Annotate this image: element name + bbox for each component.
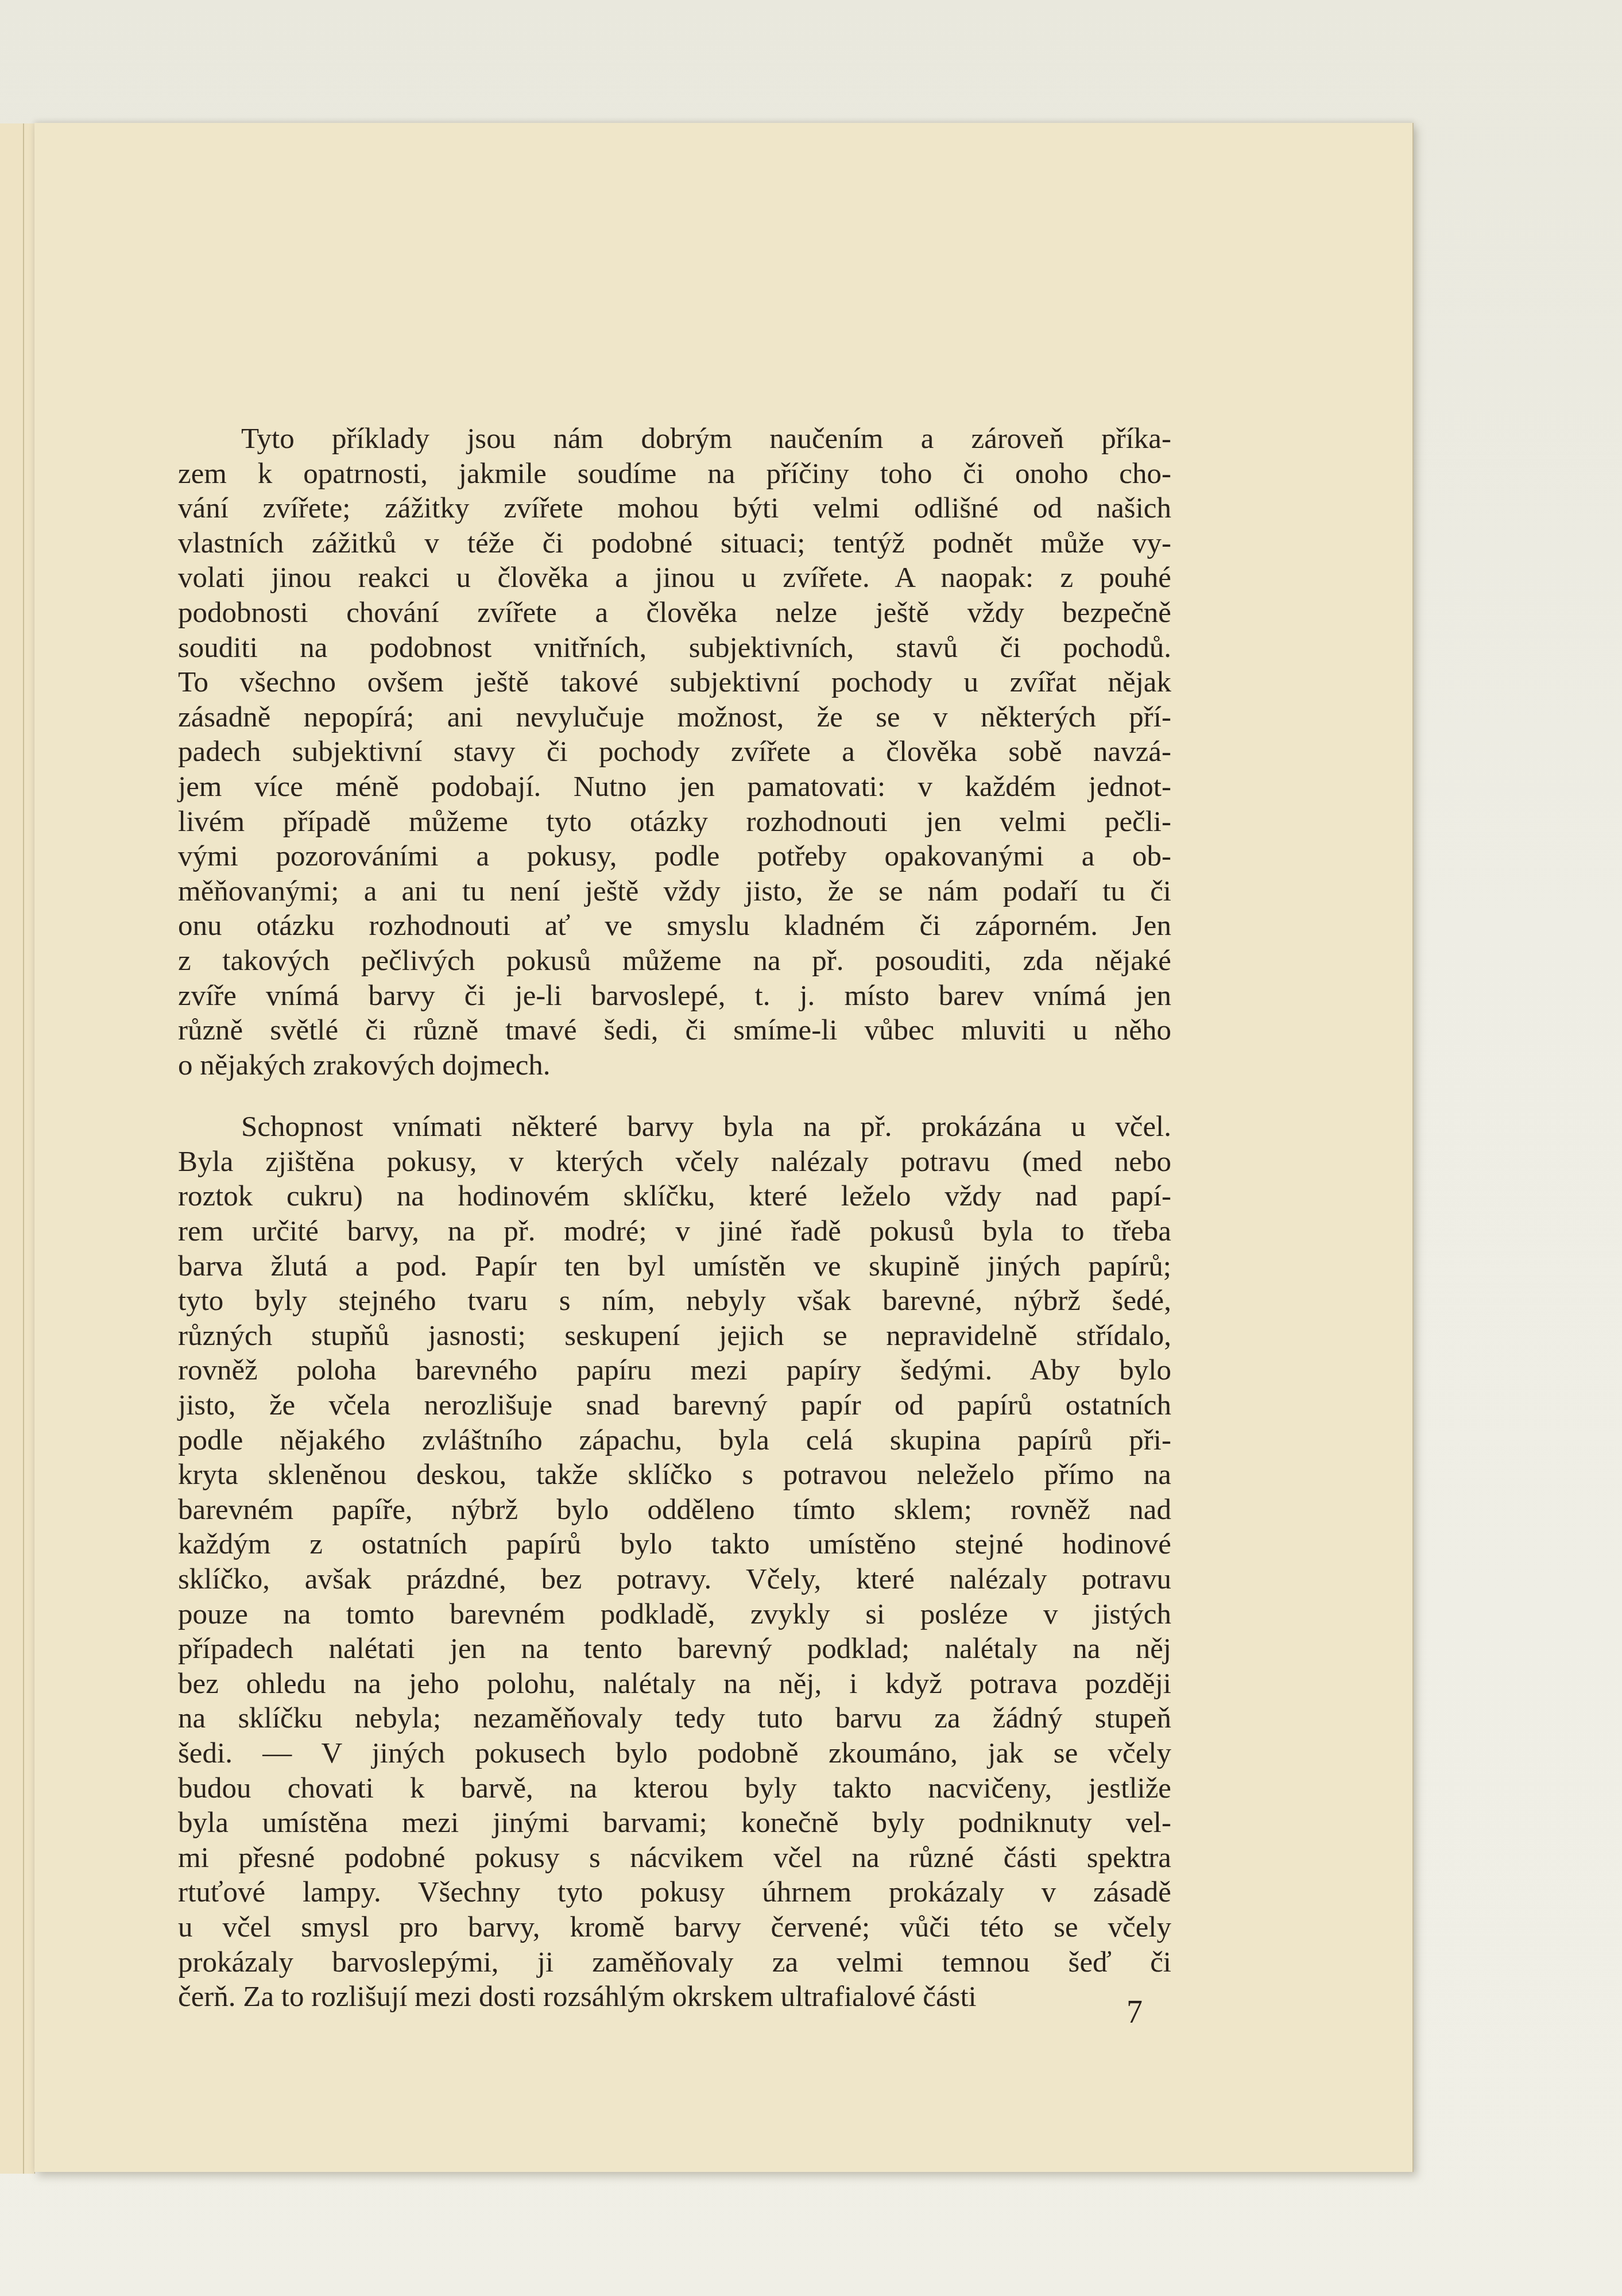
text-line: roztok cukru) na hodinovém sklíčku, kter…: [178, 1179, 1171, 1214]
text-line: jisto, že včela nerozlišuje snad barevný…: [178, 1388, 1171, 1423]
text-line: pouze na tomto barevném podkladě, zvykly…: [178, 1597, 1171, 1632]
paragraph-1: Tyto příklady jsou nám dobrým naučením a…: [178, 422, 1171, 1083]
previous-page-edge: [0, 123, 35, 2174]
text-line: z takových pečlivých pokusů můžeme na př…: [178, 944, 1171, 979]
text-line: rovněž poloha barevného papíru mezi papí…: [178, 1353, 1171, 1388]
page-number: 7: [1127, 1994, 1143, 2031]
text-line: Tyto příklady jsou nám dobrým naučením a…: [178, 422, 1171, 457]
text-line: byla umístěna mezi jinými barvami; koneč…: [178, 1806, 1171, 1841]
text-line: šedi. — V jiných pokusech bylo podobně z…: [178, 1736, 1171, 1771]
body-text: Tyto příklady jsou nám dobrým naučením a…: [178, 422, 1171, 2015]
text-line: na sklíčku nebyla; nezaměňovaly tedy tut…: [178, 1701, 1171, 1736]
text-line: mi přesné podobné pokusy s nácvikem včel…: [178, 1841, 1171, 1876]
text-line: Byla zjištěna pokusy, v kterých včely na…: [178, 1145, 1171, 1180]
paragraph-2: Schopnost vnímati některé barvy byla na …: [178, 1110, 1171, 2014]
text-line: podle nějakého zvláštního zápachu, byla …: [178, 1423, 1171, 1458]
text-line: souditi na podobnost vnitřních, subjekti…: [178, 631, 1171, 666]
text-line: Schopnost vnímati některé barvy byla na …: [178, 1110, 1171, 1145]
text-line: měňovanými; a ani tu není ještě vždy jis…: [178, 874, 1171, 909]
text-line: případech nalétati jen na tento barevný …: [178, 1632, 1171, 1667]
text-line: jem více méně podobají. Nutno jen pamato…: [178, 770, 1171, 805]
text-line: rtuťové lampy. Všechny tyto pokusy úhrne…: [178, 1875, 1171, 1910]
book-page: Tyto příklady jsou nám dobrým naučením a…: [34, 123, 1414, 2172]
text-line: barevném papíře, nýbrž bylo odděleno tím…: [178, 1493, 1171, 1528]
text-line: rem určité barvy, na př. modré; v jiné ř…: [178, 1214, 1171, 1249]
text-line: u včel smysl pro barvy, kromě barvy červ…: [178, 1910, 1171, 1945]
text-line: padech subjektivní stavy či pochody zvíř…: [178, 735, 1171, 770]
text-line: budou chovati k barvě, na kterou byly ta…: [178, 1771, 1171, 1806]
text-line: zvíře vnímá barvy či je-li barvoslepé, t…: [178, 979, 1171, 1014]
text-line: volati jinou reakci u člověka a jinou u …: [178, 561, 1171, 596]
text-line: livém případě můžeme tyto otázky rozhodn…: [178, 805, 1171, 840]
text-line: onu otázku rozhodnouti ať ve smyslu klad…: [178, 909, 1171, 944]
text-line: o nějakých zrakových dojmech.: [178, 1048, 1171, 1083]
text-line: zem k opatrnosti, jakmile soudíme na pří…: [178, 457, 1171, 492]
text-line: zásadně nepopírá; ani nevylučuje možnost…: [178, 700, 1171, 735]
text-line: vlastních zážitků v téže či podobné situ…: [178, 526, 1171, 561]
text-line: různě světlé či různě tmavé šedi, či smí…: [178, 1013, 1171, 1048]
text-line: různých stupňů jasnosti; seskupení jejic…: [178, 1319, 1171, 1354]
text-line: podobnosti chování zvířete a člověka nel…: [178, 596, 1171, 631]
text-line: barva žlutá a pod. Papír ten byl umístěn…: [178, 1249, 1171, 1284]
text-line: sklíčko, avšak prázdné, bez potravy. Vče…: [178, 1562, 1171, 1597]
text-line: vými pozorováními a pokusy, podle potřeb…: [178, 839, 1171, 874]
text-line: To všechno ovšem ještě takové subjektivn…: [178, 665, 1171, 700]
text-line: kryta skleněnou deskou, takže sklíčko s …: [178, 1458, 1171, 1493]
text-line: bez ohledu na jeho polohu, nalétaly na n…: [178, 1667, 1171, 1702]
text-line: každým z ostatních papírů bylo takto umí…: [178, 1527, 1171, 1562]
text-line: vání zvířete; zážitky zvířete mohou býti…: [178, 491, 1171, 526]
text-line: čerň. Za to rozlišují mezi dosti rozsáhl…: [178, 1980, 1171, 2015]
text-line: prokázaly barvoslepými, ji zaměňovaly za…: [178, 1945, 1171, 1980]
text-line: tyto byly stejného tvaru s ním, nebyly v…: [178, 1284, 1171, 1319]
